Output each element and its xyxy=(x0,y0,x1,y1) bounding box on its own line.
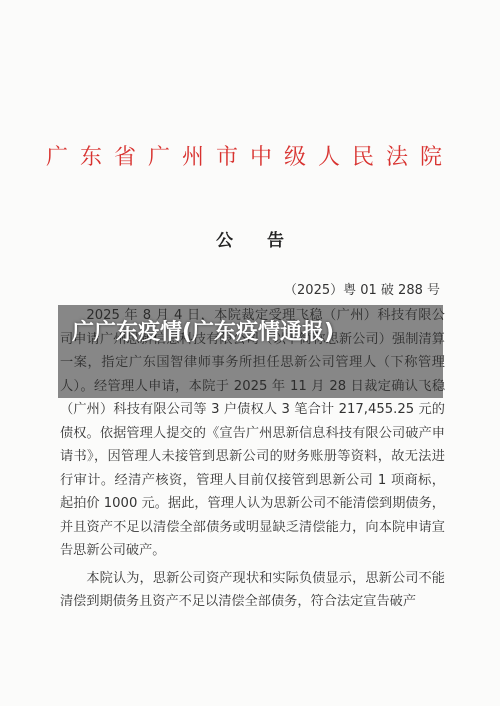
headline-overlay: 广广东疫情(广东疫情通报) xyxy=(72,318,432,348)
case-number: （2025）粤 01 破 288 号 xyxy=(284,279,440,298)
notice-title: 公告 xyxy=(0,226,500,251)
court-name: 广东省广州市中级人民法院 xyxy=(0,140,500,171)
document-page: 广东省广州市中级人民法院 公告 （2025）粤 01 破 288 号 2025 … xyxy=(0,0,500,706)
paragraph: 本院认为，思新公司资产现状和实际负债显示，思新公司不能清偿到期债务且资产不足以清… xyxy=(60,567,445,614)
